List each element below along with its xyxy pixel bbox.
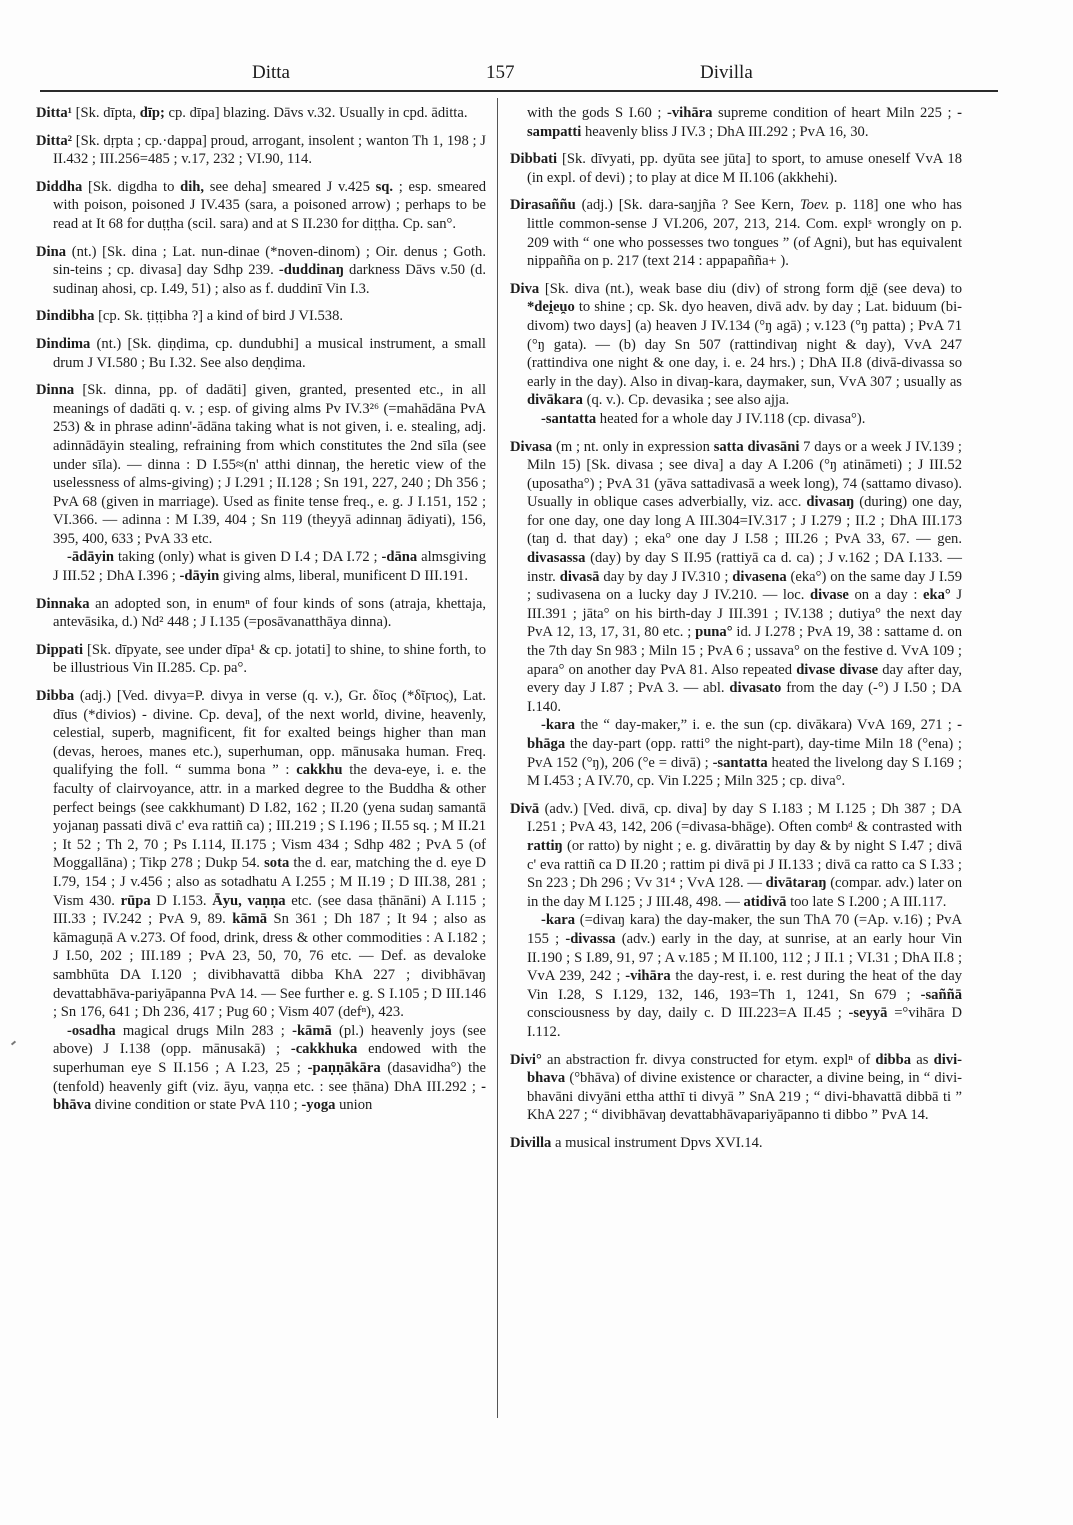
headword: Ditta¹: [36, 105, 72, 121]
dictionary-entry: Dindibha [cp. Sk. ṭiṭṭibha ?] a kind of …: [36, 307, 486, 326]
headword: Divi°: [510, 1052, 542, 1068]
headword: Diddha: [36, 179, 82, 195]
bold-term: -seyyā: [849, 1005, 888, 1021]
bold-term: -duddinaŋ: [279, 262, 344, 278]
entry-definition: an abstraction fr. divya constructed for…: [527, 1052, 962, 1124]
bold-term: -divassa: [565, 931, 615, 947]
dictionary-entry: Ditta¹ [Sk. dīpta, dīp; cp. dīpa] blazin…: [36, 104, 486, 123]
dictionary-entry: Dirasaññu (adj.) [Sk. dara-saŋjña ? See …: [510, 196, 962, 270]
dictionary-entry: Dindima (nt.) [Sk. ḍiṇḍima, cp. dundubhi…: [36, 335, 486, 372]
bold-term: Āyu, vaṇṇa: [212, 893, 285, 909]
left-column: Ditta¹ [Sk. dīpta, dīp; cp. dīpa] blazin…: [36, 104, 486, 1124]
headword: Dina: [36, 244, 66, 260]
dictionary-entry: Divasa (m ; nt. only in expression satta…: [510, 438, 962, 791]
bold-term: sq.: [376, 179, 393, 195]
compound-subentry: -santatta heated for a whole day J IV.11…: [527, 410, 962, 429]
bold-term: atidivā: [743, 894, 786, 910]
headword: Dindima: [36, 336, 90, 352]
entry-definition: [Sk. dīpta, dīp; cp. dīpa] blazing. Dāvs…: [72, 105, 467, 121]
entry-definition: (adv.) [Ved. divā, cp. diva] by day S I.…: [527, 801, 962, 910]
entry-definition: with the gods S I.60 ; -vihāra supreme c…: [527, 105, 962, 140]
dictionary-entry: with the gods S I.60 ; -vihāra supreme c…: [510, 104, 962, 141]
headword: Divasa: [510, 439, 552, 455]
bold-term: -dāna: [382, 549, 418, 565]
bold-term: divasaŋ: [806, 494, 854, 510]
bold-term: divasato: [729, 680, 781, 696]
headword: Divilla: [510, 1135, 551, 1151]
bold-term: dibba: [875, 1052, 911, 1068]
entry-definition: (adj.) [Ved. divya=P. divya in verse (q.…: [53, 688, 486, 1020]
bold-term: divasena: [732, 569, 786, 585]
entry-definition: (adj.) [Sk. dara-saŋjña ? See Kern, Toev…: [527, 197, 962, 269]
headword: Divā: [510, 801, 539, 817]
bold-term: divasassa: [527, 550, 585, 566]
headword: Dippati: [36, 642, 83, 658]
compound-subentry: -kara the “ day-maker,” i. e. the sun (c…: [527, 716, 962, 790]
entry-definition: [Sk. dṛpta ; cp.·dappa] proud, arrogant,…: [53, 133, 486, 168]
bold-term: -vihāra: [667, 105, 712, 121]
dictionary-entry: Dibba (adj.) [Ved. divya=P. divya in ver…: [36, 687, 486, 1115]
bold-term: -kara: [541, 912, 575, 928]
entry-definition: an adopted son, in enumⁿ of four kinds o…: [53, 596, 486, 631]
bold-term: divākara: [527, 392, 583, 408]
column-divider: [497, 98, 498, 1418]
bold-term: eka°: [923, 587, 951, 603]
compound-subentry: -osadha magical drugs Miln 283 ; -kāmā (…: [53, 1022, 486, 1115]
bold-term: -santatta: [541, 411, 596, 427]
bold-term: sota: [264, 855, 289, 871]
bold-term: divātaraŋ: [766, 875, 827, 891]
dictionary-entry: Dibbati [Sk. dīvyati, pp. dyūta see jūta…: [510, 150, 962, 187]
bold-term: -bhāga: [527, 717, 962, 752]
bold-term: cakkhu: [296, 762, 342, 778]
dictionary-entry: Dinnaka an adopted son, in enumⁿ of four…: [36, 595, 486, 632]
headword: Dibbati: [510, 151, 557, 167]
compound-subentry: -kara (=divaŋ kara) the day-maker, the s…: [527, 911, 962, 1041]
guide-word-right: Divilla: [700, 62, 753, 84]
right-column: with the gods S I.60 ; -vihāra supreme c…: [510, 104, 962, 1161]
bold-term: divase: [810, 587, 849, 603]
running-header: Ditta 157 Divilla: [40, 62, 995, 90]
dictionary-entry: Dippati [Sk. dīpyate, see under dīpa¹ & …: [36, 641, 486, 678]
bold-term: *dei̯eu̯o: [527, 299, 575, 315]
bold-term: -saññā: [921, 987, 962, 1003]
bold-term: divasā: [560, 569, 600, 585]
page-number: 157: [486, 62, 515, 84]
bold-term: -sampatti: [527, 105, 962, 140]
headword: Dinna: [36, 382, 74, 398]
dictionary-entry: Diddha [Sk. digdha to dih, see deha] sme…: [36, 178, 486, 234]
bold-term: -santatta: [713, 755, 768, 771]
entry-definition: (nt.) [Sk. dina ; Lat. nun-dinae (*noven…: [53, 244, 486, 297]
margin-pencil-mark: [11, 1041, 16, 1046]
guide-word-left: Ditta: [252, 62, 290, 84]
entry-definition: [Sk. dīvyati, pp. dyūta see jūta] to spo…: [527, 151, 962, 186]
compound-subentry: -ādāyin taking (only) what is given D I.…: [53, 548, 486, 585]
bold-term: kāmā: [232, 911, 267, 927]
italic-term: Toev.: [800, 197, 830, 213]
entry-definition: a musical instrument Dpvs XVI.14.: [551, 1135, 762, 1151]
entry-definition: [Sk. dīpyate, see under dīpa¹ & cp. jota…: [53, 642, 486, 677]
bold-term: -osadha: [67, 1023, 116, 1039]
bold-term: -dāyin: [179, 568, 219, 584]
entry-definition: (m ; nt. only in expression satta divasā…: [527, 439, 962, 715]
dictionary-entry: Ditta² [Sk. dṛpta ; cp.·dappa] proud, ar…: [36, 132, 486, 169]
bold-term: satta divasāni: [714, 439, 800, 455]
dictionary-entry: Divilla a musical instrument Dpvs XVI.14…: [510, 1134, 962, 1153]
dictionary-entry: Divi° an abstraction fr. divya construct…: [510, 1051, 962, 1125]
bold-term: -kara: [541, 717, 575, 733]
headword: Diva: [510, 281, 539, 297]
header-rule: [40, 90, 998, 92]
bold-term: rūpa: [121, 893, 151, 909]
bold-term: divase divase: [796, 662, 878, 678]
dictionary-entry: Divā (adv.) [Ved. divā, cp. diva] by day…: [510, 800, 962, 1042]
bold-term: -yoga: [301, 1097, 335, 1113]
bold-term: -vihāra: [625, 968, 670, 984]
bold-term: -cakkhuka: [291, 1041, 358, 1057]
entry-definition: [Sk. digdha to dih, see deha] smeared J …: [53, 179, 486, 232]
bold-term: -paṇṇākāra: [308, 1060, 381, 1076]
bold-term: dīp;: [140, 105, 165, 121]
entry-definition: (nt.) [Sk. ḍiṇḍima, cp. dundubhi] a musi…: [53, 336, 486, 371]
entry-definition: [Sk. diva (nt.), weak base diu (div) of …: [527, 281, 962, 409]
dictionary-entry: Dinna [Sk. dinna, pp. of dadāti] given, …: [36, 381, 486, 586]
dictionary-entry: Dina (nt.) [Sk. dina ; Lat. nun-dinae (*…: [36, 243, 486, 299]
entry-definition: [cp. Sk. ṭiṭṭibha ?] a kind of bird J VI…: [94, 308, 343, 324]
headword: Dindibha: [36, 308, 94, 324]
entry-definition: [Sk. dinna, pp. of dadāti] given, grante…: [53, 382, 486, 547]
bold-term: rattiŋ: [527, 838, 563, 854]
headword: Ditta²: [36, 133, 72, 149]
dictionary-entry: Diva [Sk. diva (nt.), weak base diu (div…: [510, 280, 962, 429]
bold-term: puna°: [695, 624, 732, 640]
headword: Dibba: [36, 688, 74, 704]
headword: Dirasaññu: [510, 197, 576, 213]
headword: Dinnaka: [36, 596, 90, 612]
bold-term: dih,: [180, 179, 204, 195]
bold-term: -kāmā: [292, 1023, 332, 1039]
bold-term: -bhāva: [53, 1079, 486, 1114]
bold-term: -ādāyin: [67, 549, 114, 565]
